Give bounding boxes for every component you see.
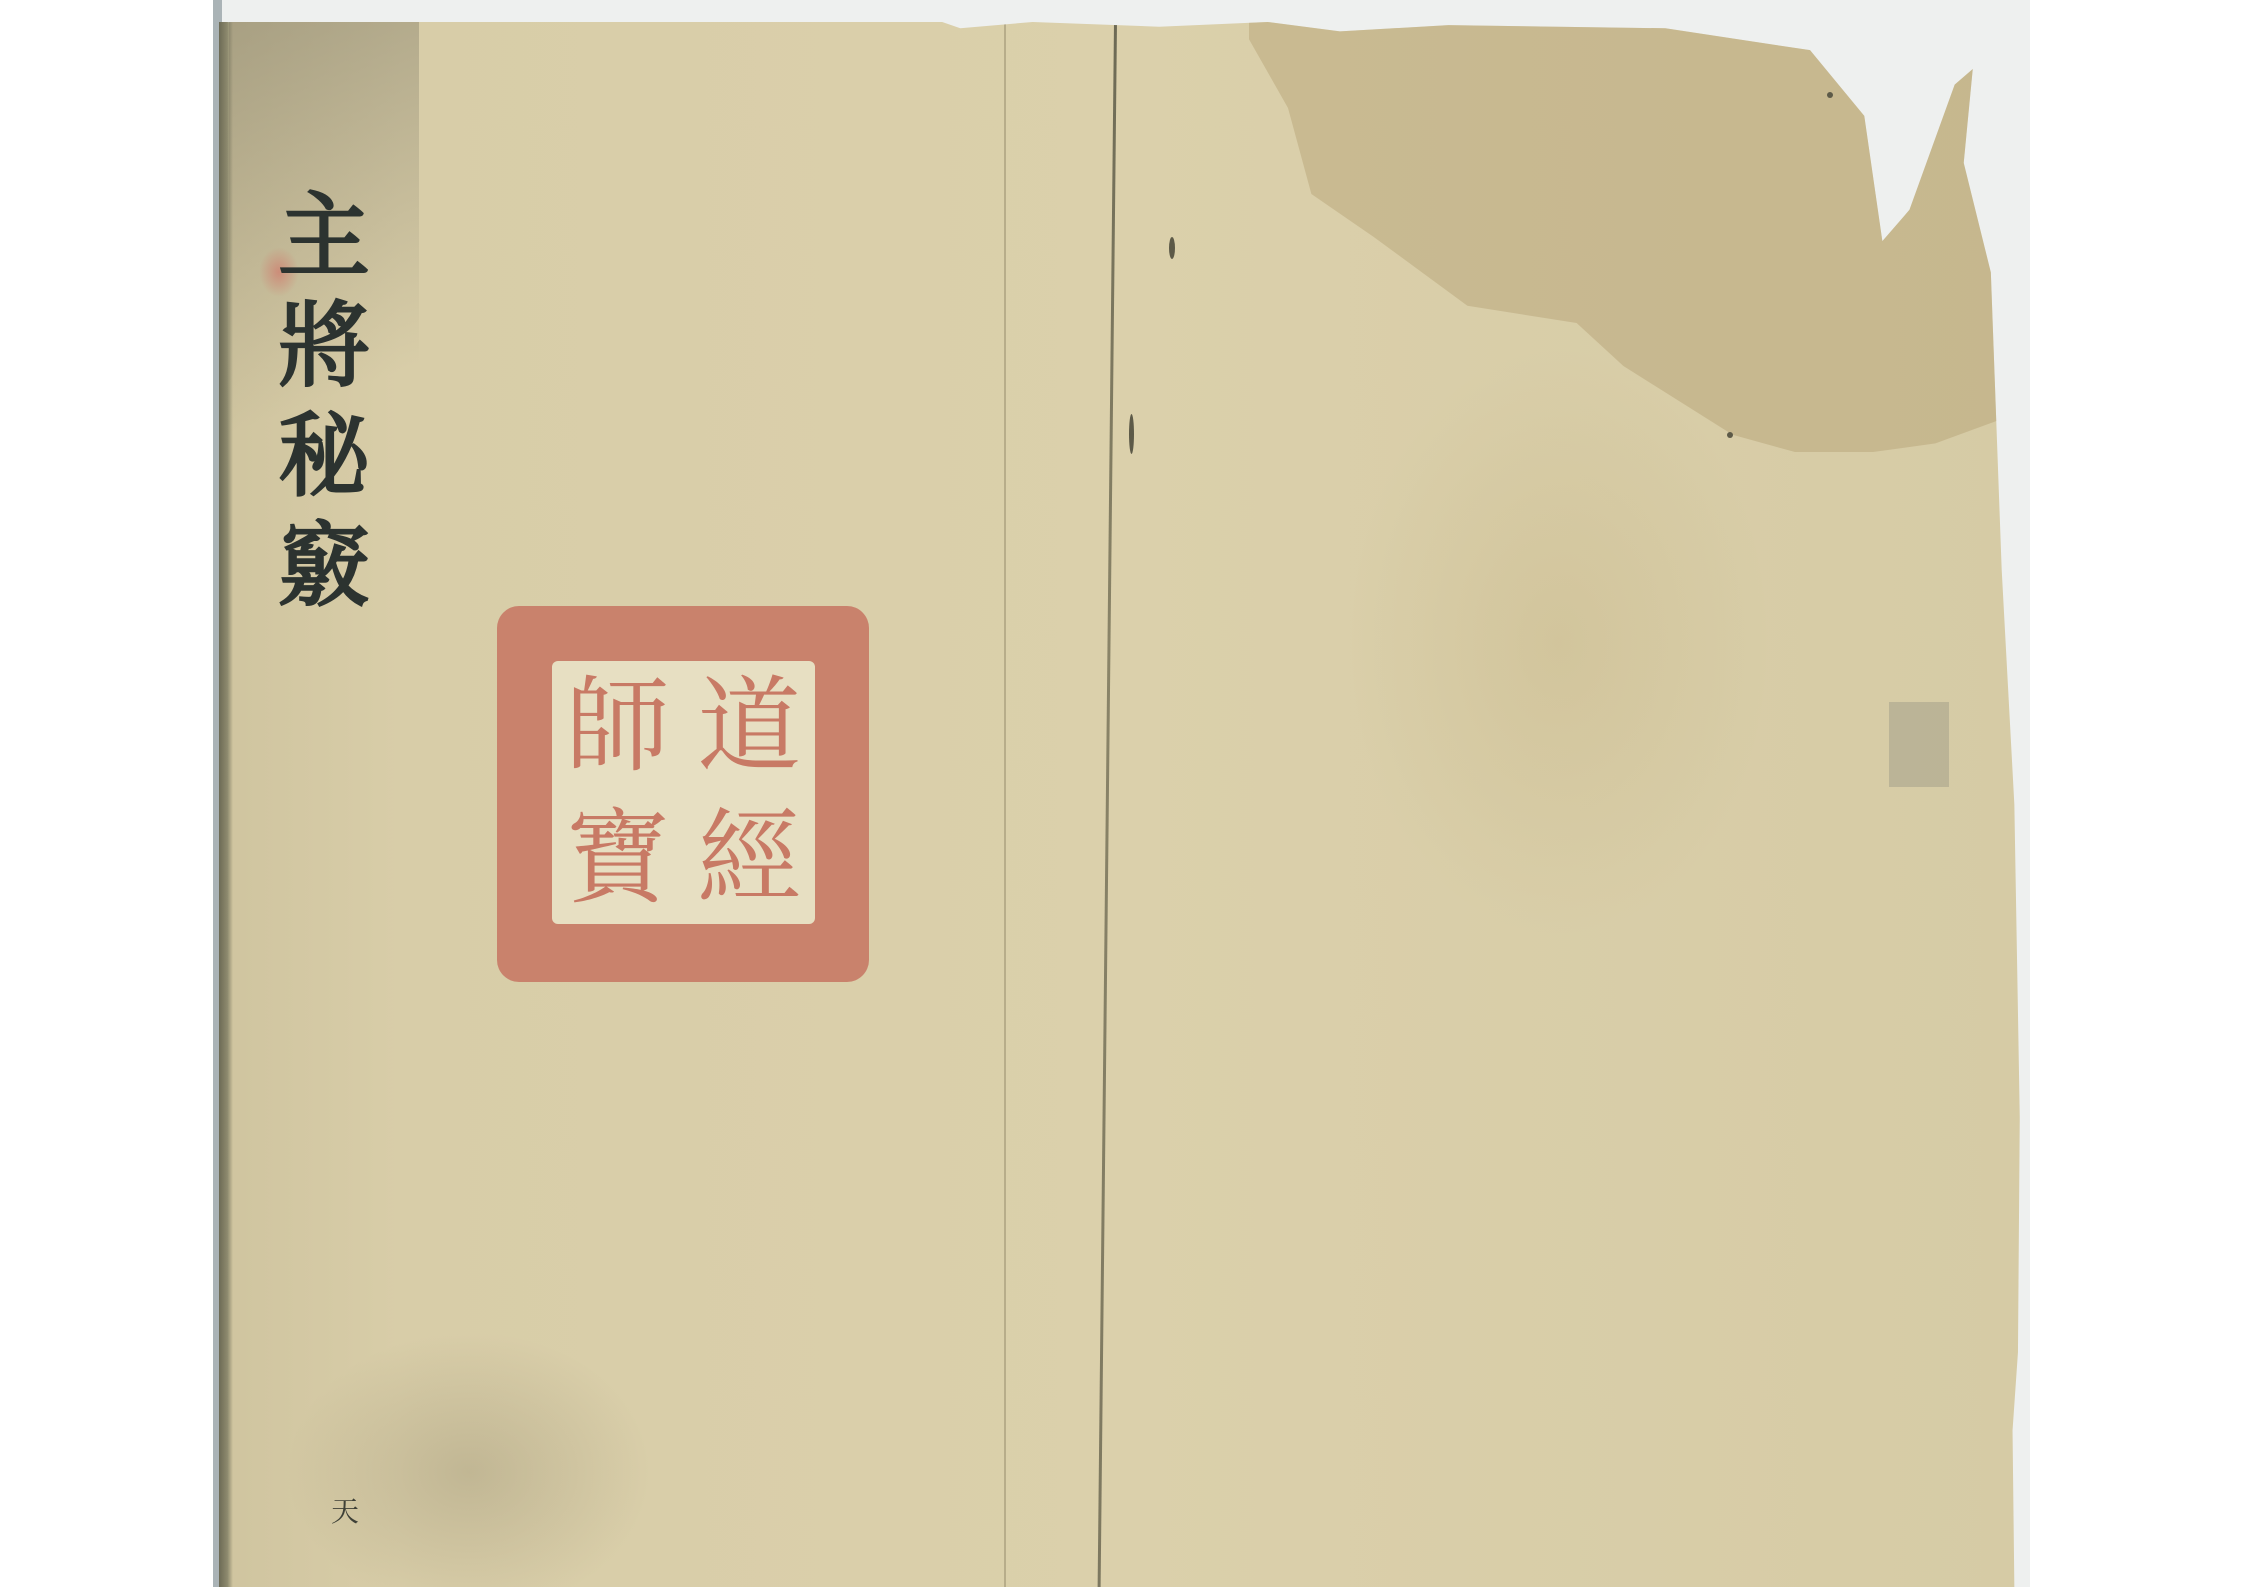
water-stain-top-right — [1249, 22, 2029, 452]
ink-speck — [1727, 432, 1733, 438]
ink-blemish — [1169, 237, 1175, 259]
seal-char-dao: 道 — [684, 661, 816, 793]
title-char-2: 將 — [263, 297, 371, 407]
title-char-1: 主 — [263, 187, 371, 297]
ink-blemish — [1129, 414, 1134, 454]
seal-inner-field: 道 師 經 寶 — [552, 661, 815, 924]
center-fold-line — [1098, 22, 1117, 1587]
title-char-3: 秘 — [263, 407, 371, 517]
title-char-4: 竅 — [263, 517, 371, 627]
ink-speck — [1827, 92, 1833, 98]
scanned-page: ​ 主將秘竅 道 師 經 寶 天 — [213, 0, 2030, 1587]
bottom-left-mark: 天 — [331, 1490, 359, 1530]
cover-title: 主將秘竅 — [271, 187, 363, 627]
seal-char-shi: 師 — [552, 661, 684, 793]
red-seal-stamp: 道 師 經 寶 — [497, 606, 869, 982]
seal-char-bao: 寶 — [552, 793, 684, 925]
paper-seam — [1004, 22, 1006, 1587]
paper-patch — [1889, 702, 1949, 787]
manuscript-cover: ​ 主將秘竅 道 師 經 寶 天 — [219, 22, 2027, 1587]
seal-char-jing: 經 — [684, 793, 816, 925]
